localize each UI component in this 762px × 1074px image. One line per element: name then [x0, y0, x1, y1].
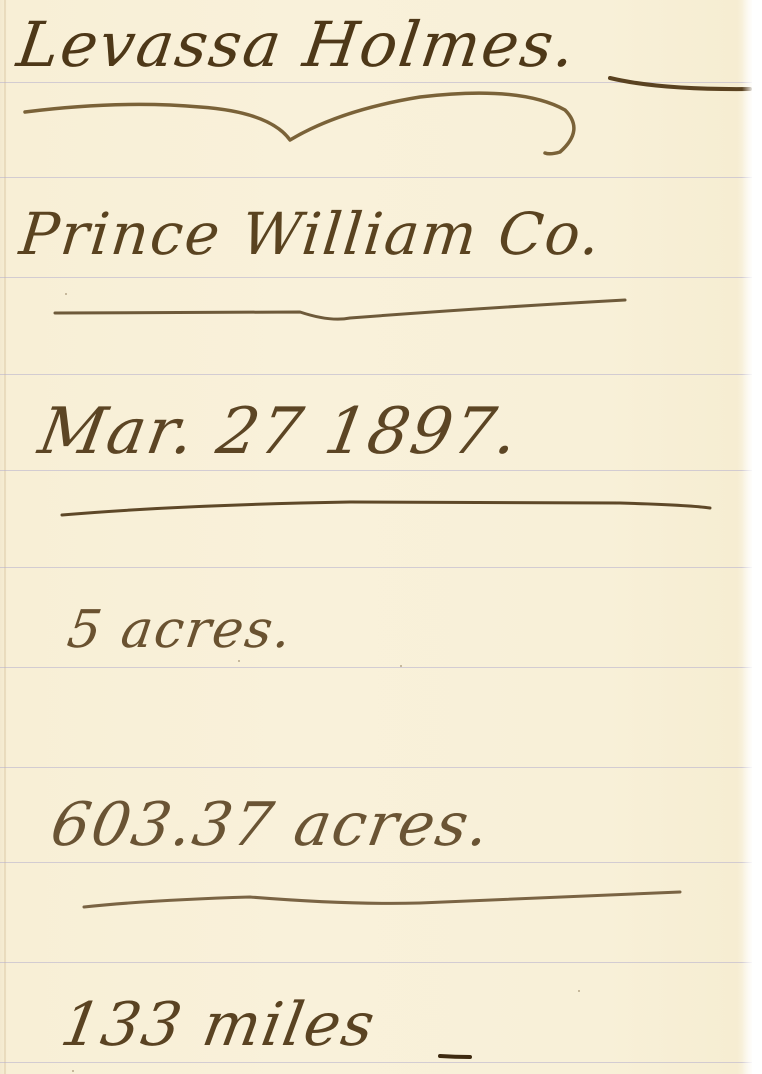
right-paper-edge	[742, 0, 752, 1074]
name-tail-stroke	[610, 78, 750, 89]
name-flourish-underline	[25, 93, 574, 154]
miles-tail-stroke	[440, 1056, 470, 1057]
county-underline	[55, 300, 625, 319]
date-underline	[62, 502, 710, 515]
acres-total-underline	[84, 892, 680, 907]
ink-flourishes	[0, 0, 752, 1074]
ruled-paper-sheet: Levassa Holmes. Prince William Co. Mar. …	[0, 0, 752, 1074]
